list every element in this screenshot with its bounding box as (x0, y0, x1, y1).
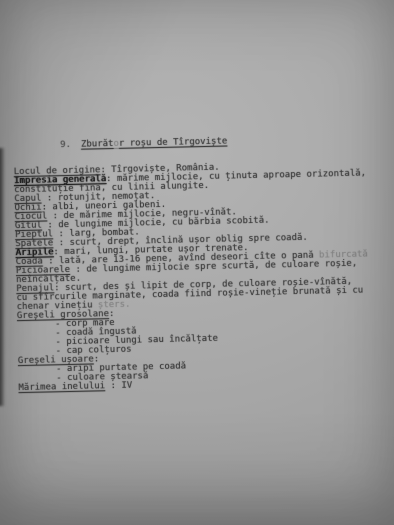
field-text-faded: șters. (98, 300, 131, 311)
field-text-faded: bifurcată (319, 249, 368, 260)
field-label: Mărimea inelului (18, 381, 105, 393)
paper-edge-shadow (0, 148, 5, 406)
title-faded-letters: o (113, 139, 119, 149)
title-number: 9. (60, 140, 71, 150)
field-text: : IV (105, 381, 132, 392)
document-photo: 9.Zburător roșu de Tîrgoviște Locul de o… (0, 0, 394, 525)
typewritten-page: 9.Zburător roșu de Tîrgoviște Locul de o… (13, 134, 393, 393)
page-title: 9.Zburător roșu de Tîrgoviște (60, 134, 388, 150)
title-text: Zburător roșu de Tîrgoviște (81, 137, 227, 150)
